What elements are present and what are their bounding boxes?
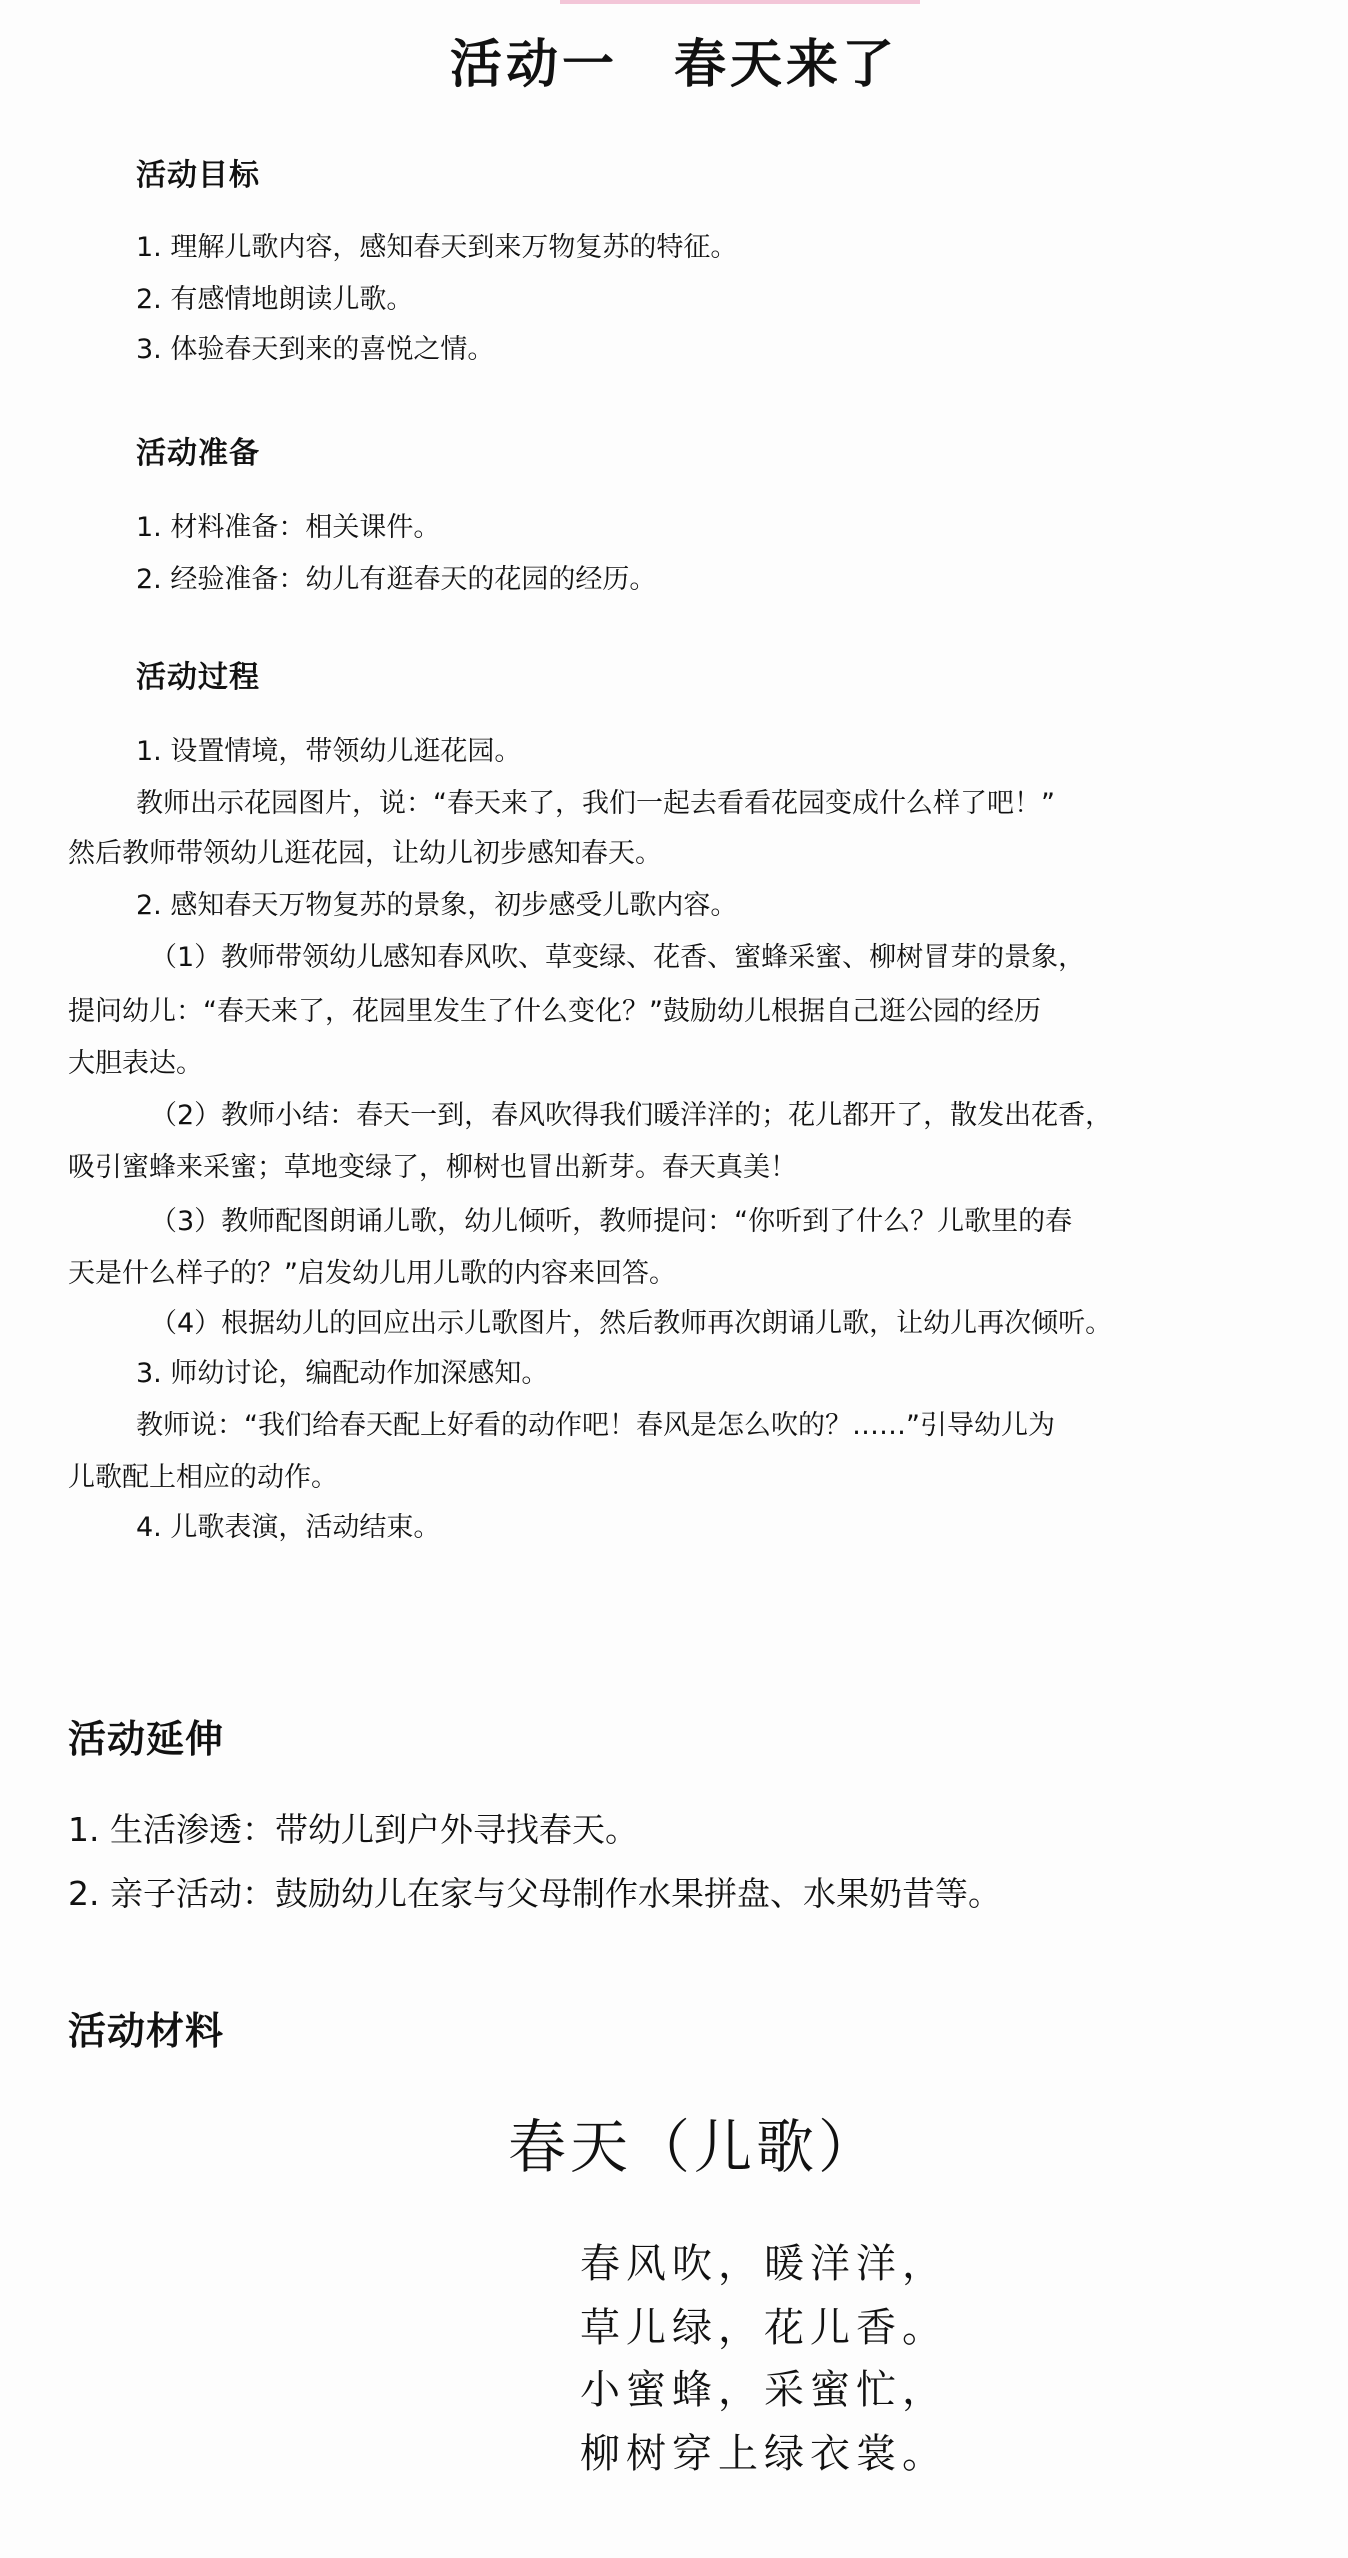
process-line: 1. 设置情境，带领幼儿逛花园。 xyxy=(136,734,521,770)
extension-item: 1. 生活渗透：带幼儿到户外寻找春天。 xyxy=(68,1812,638,1848)
process-line: 4. 儿歌表演，活动结束。 xyxy=(136,1510,440,1546)
process-line: 教师出示花园图片，说：“春天来了，我们一起去看看花园变成什么样了吧！” xyxy=(136,786,1055,822)
extension-item: 2. 亲子活动：鼓励幼儿在家与父母制作水果拼盘、水果奶昔等。 xyxy=(68,1876,1001,1912)
song-line: 小蜜蜂，采蜜忙， xyxy=(580,2358,948,2415)
song-line: 柳树穿上绿衣裳。 xyxy=(580,2422,948,2479)
song-line: 春风吹，暖洋洋， xyxy=(580,2232,948,2289)
section-heading-materials: 活动材料 xyxy=(68,2000,224,2055)
section-heading-process: 活动过程 xyxy=(136,652,260,696)
section-heading-extension: 活动延伸 xyxy=(68,1708,224,1763)
process-line: 教师说：“我们给春天配上好看的动作吧！春风是怎么吹的？……”引导幼儿为 xyxy=(136,1408,1055,1444)
document-page: 活动一 春天来了 活动目标 1. 理解儿歌内容，感知春天到来万物复苏的特征。 2… xyxy=(0,0,1348,2558)
process-line: 儿歌配上相应的动作。 xyxy=(68,1460,338,1496)
song-title: 春天（儿歌） xyxy=(0,2100,1348,2184)
section-heading-preparation: 活动准备 xyxy=(136,428,260,472)
process-line: 2. 感知春天万物复苏的景象，初步感受儿歌内容。 xyxy=(136,888,737,924)
process-line: （4）根据幼儿的回应出示儿歌图片，然后教师再次朗诵儿歌，让幼儿再次倾听。 xyxy=(150,1306,1112,1342)
process-line: 吸引蜜蜂来采蜜；草地变绿了，柳树也冒出新芽。春天真美！ xyxy=(68,1150,797,1186)
process-line: （3）教师配图朗诵儿歌，幼儿倾听，教师提问：“你听到了什么？儿歌里的春 xyxy=(150,1204,1072,1240)
process-line: 天是什么样子的？”启发幼儿用儿歌的内容来回答。 xyxy=(68,1256,676,1292)
process-line: 3. 师幼讨论，编配动作加深感知。 xyxy=(136,1356,548,1392)
goal-item: 1. 理解儿歌内容，感知春天到来万物复苏的特征。 xyxy=(136,230,737,266)
process-line: 然后教师带领幼儿逛花园，让幼儿初步感知春天。 xyxy=(68,836,662,872)
page-title: 活动一 春天来了 xyxy=(0,22,1348,97)
process-line: （1）教师带领幼儿感知春风吹、草变绿、花香、蜜蜂采蜜、柳树冒芽的景象， xyxy=(150,940,1085,976)
goal-item: 2. 有感情地朗读儿歌。 xyxy=(136,282,413,318)
preparation-item: 1. 材料准备：相关课件。 xyxy=(136,510,440,546)
goal-item: 3. 体验春天到来的喜悦之情。 xyxy=(136,332,494,368)
song-line: 草儿绿，花儿香。 xyxy=(580,2296,948,2353)
process-line: （2）教师小结：春天一到，春风吹得我们暖洋洋的；花儿都开了，散发出花香， xyxy=(150,1098,1112,1134)
section-heading-goals: 活动目标 xyxy=(136,150,260,194)
process-line: 提问幼儿：“春天来了，花园里发生了什么变化？”鼓励幼儿根据自己逛公园的经历 xyxy=(68,994,1041,1030)
preparation-item: 2. 经验准备：幼儿有逛春天的花园的经历。 xyxy=(136,562,656,598)
process-line: 大胆表达。 xyxy=(68,1046,203,1082)
page-edge-strip xyxy=(560,0,920,4)
